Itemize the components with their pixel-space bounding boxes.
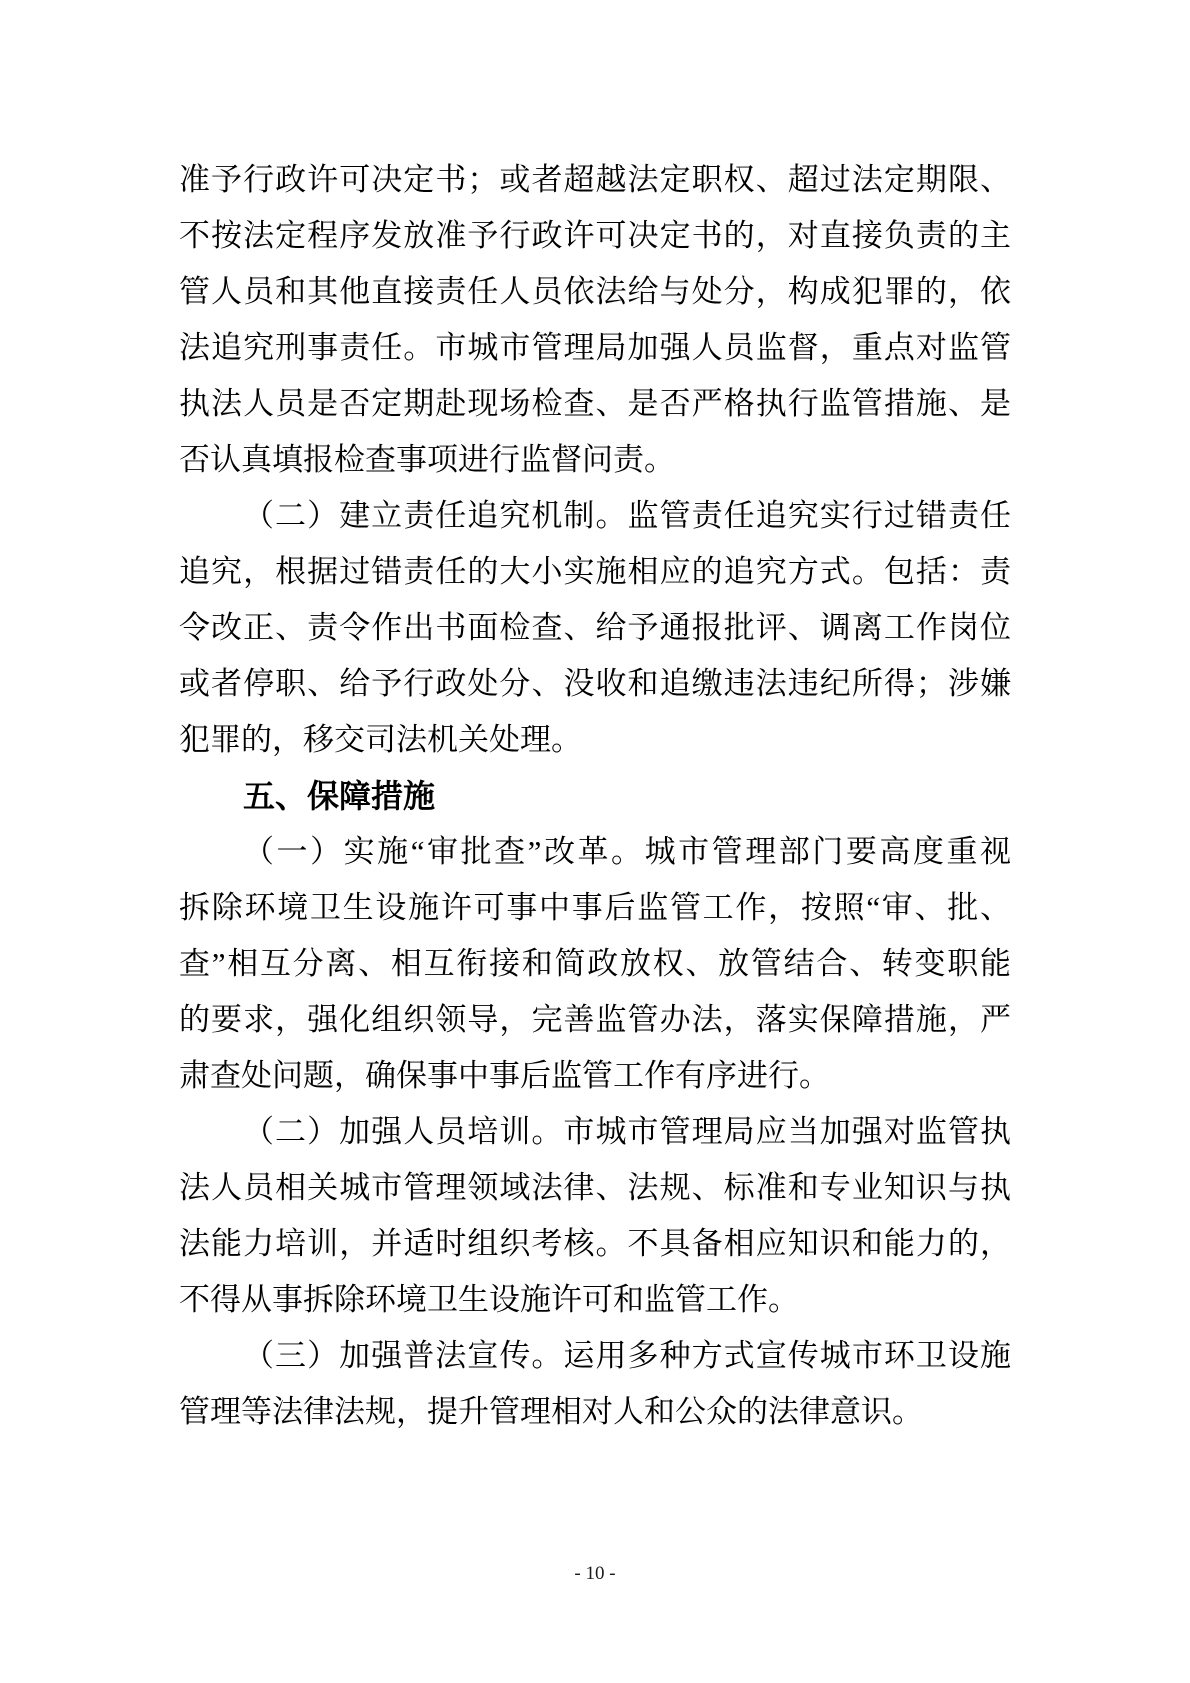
text-line: （二）建立责任追究机制。监管责任追究实行过错责任 — [179, 488, 1011, 544]
text-line: 法人员相关城市管理领域法律、法规、标准和专业知识与执 — [179, 1160, 1011, 1216]
text-line: 或者停职、给予行政处分、没收和追缴违法违纪所得；涉嫌 — [179, 656, 1011, 712]
text-line: 否认真填报检查事项进行监督问责。 — [179, 432, 1011, 488]
text-line: 不得从事拆除环境卫生设施许可和监管工作。 — [179, 1272, 1011, 1328]
text-line: 令改正、责令作出书面检查、给予通报批评、调离工作岗位 — [179, 600, 1011, 656]
text-line: （一）实施“审批查”改革。城市管理部门要高度重视 — [179, 824, 1011, 880]
text-line: （二）加强人员培训。市城市管理局应当加强对监管执 — [179, 1104, 1011, 1160]
document-body: 准予行政许可决定书；或者超越法定职权、超过法定期限、不按法定程序发放准予行政许可… — [179, 152, 1011, 1440]
text-line: 犯罪的，移交司法机关处理。 — [179, 712, 1011, 768]
text-line: 法追究刑事责任。市城市管理局加强人员监督，重点对监管 — [179, 320, 1011, 376]
section-heading: 五、保障措施 — [179, 768, 1011, 824]
text-line: 追究，根据过错责任的大小实施相应的追究方式。包括：责 — [179, 544, 1011, 600]
text-line: 管人员和其他直接责任人员依法给与处分，构成犯罪的，依 — [179, 264, 1011, 320]
text-line: 拆除环境卫生设施许可事中事后监管工作，按照“审、批、 — [179, 880, 1011, 936]
text-line: 准予行政许可决定书；或者超越法定职权、超过法定期限、 — [179, 152, 1011, 208]
text-line: 不按法定程序发放准予行政许可决定书的，对直接负责的主 — [179, 208, 1011, 264]
document-page: 准予行政许可决定书；或者超越法定职权、超过法定期限、不按法定程序发放准予行政许可… — [0, 0, 1190, 1683]
text-line: 执法人员是否定期赴现场检查、是否严格执行监管措施、是 — [179, 376, 1011, 432]
page-number: - 10 - — [0, 1562, 1190, 1586]
text-line: 法能力培训，并适时组织考核。不具备相应知识和能力的， — [179, 1216, 1011, 1272]
text-line: 的要求，强化组织领导，完善监管办法，落实保障措施，严 — [179, 992, 1011, 1048]
text-line: 查”相互分离、相互衔接和简政放权、放管结合、转变职能 — [179, 936, 1011, 992]
text-line: 管理等法律法规，提升管理相对人和公众的法律意识。 — [179, 1384, 1011, 1440]
text-line: （三）加强普法宣传。运用多种方式宣传城市环卫设施 — [179, 1328, 1011, 1384]
text-line: 肃查处问题，确保事中事后监管工作有序进行。 — [179, 1048, 1011, 1104]
